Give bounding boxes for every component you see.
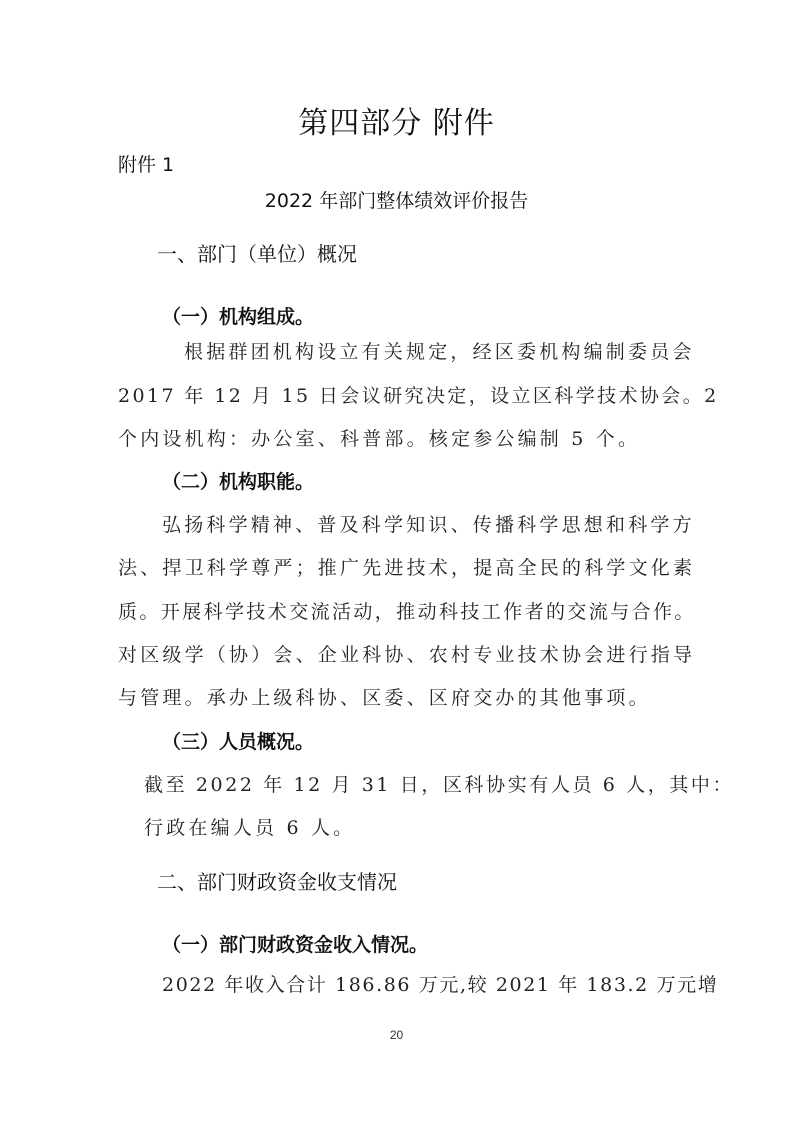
subheading-organization: （一）机构组成。 [162,302,314,329]
subheading-functions: （二）机构职能。 [162,467,314,494]
paragraph-line: 行政在编人员 6 人。 [144,813,355,840]
paragraph-line: 与管理。承办上级科协、区委、区府交办的其他事项。 [118,683,651,710]
part-title: 第四部分 附件 [0,98,793,142]
paragraph-line: 截至 2022 年 12 月 31 日，区科协实有人员 6 人，其中： [144,770,734,797]
paragraph-line: 2022 年收入合计 186.86 万元,较 2021 年 183.2 万元增 [162,970,718,997]
paragraph-line: 个内设机构：办公室、科普部。核定参公编制 5 个。 [118,424,640,451]
subheading-staff: （三）人员概况。 [162,727,314,754]
page-number: 20 [0,1028,793,1042]
subheading-income: （一）部门财政资金收入情况。 [162,930,428,957]
paragraph-line: 2017 年 12 月 15 日会议研究决定，设立区科学技术协会。2 [118,381,719,408]
section-heading-finance: 二、部门财政资金收支情况 [157,866,397,895]
paragraph-line: 法、捍卫科学尊严；推广先进技术，提高全民的科学文化素 [118,553,695,580]
attachment-label: 附件 1 [118,150,174,177]
paragraph-line: 根据群团机构设立有关规定，经区委机构编制委员会 [184,337,695,364]
paragraph-line: 对区级学（协）会、企业科协、农村专业技术协会进行指导 [118,640,695,667]
section-heading-overview: 一、部门（单位）概况 [157,238,357,267]
report-title: 2022 年部门整体绩效评价报告 [0,186,793,213]
paragraph-line: 弘扬科学精神、普及科学知识、传播科学思想和科学方 [162,510,695,537]
paragraph-line: 质。开展科学技术交流活动，推动科技工作者的交流与合作。 [118,597,696,624]
